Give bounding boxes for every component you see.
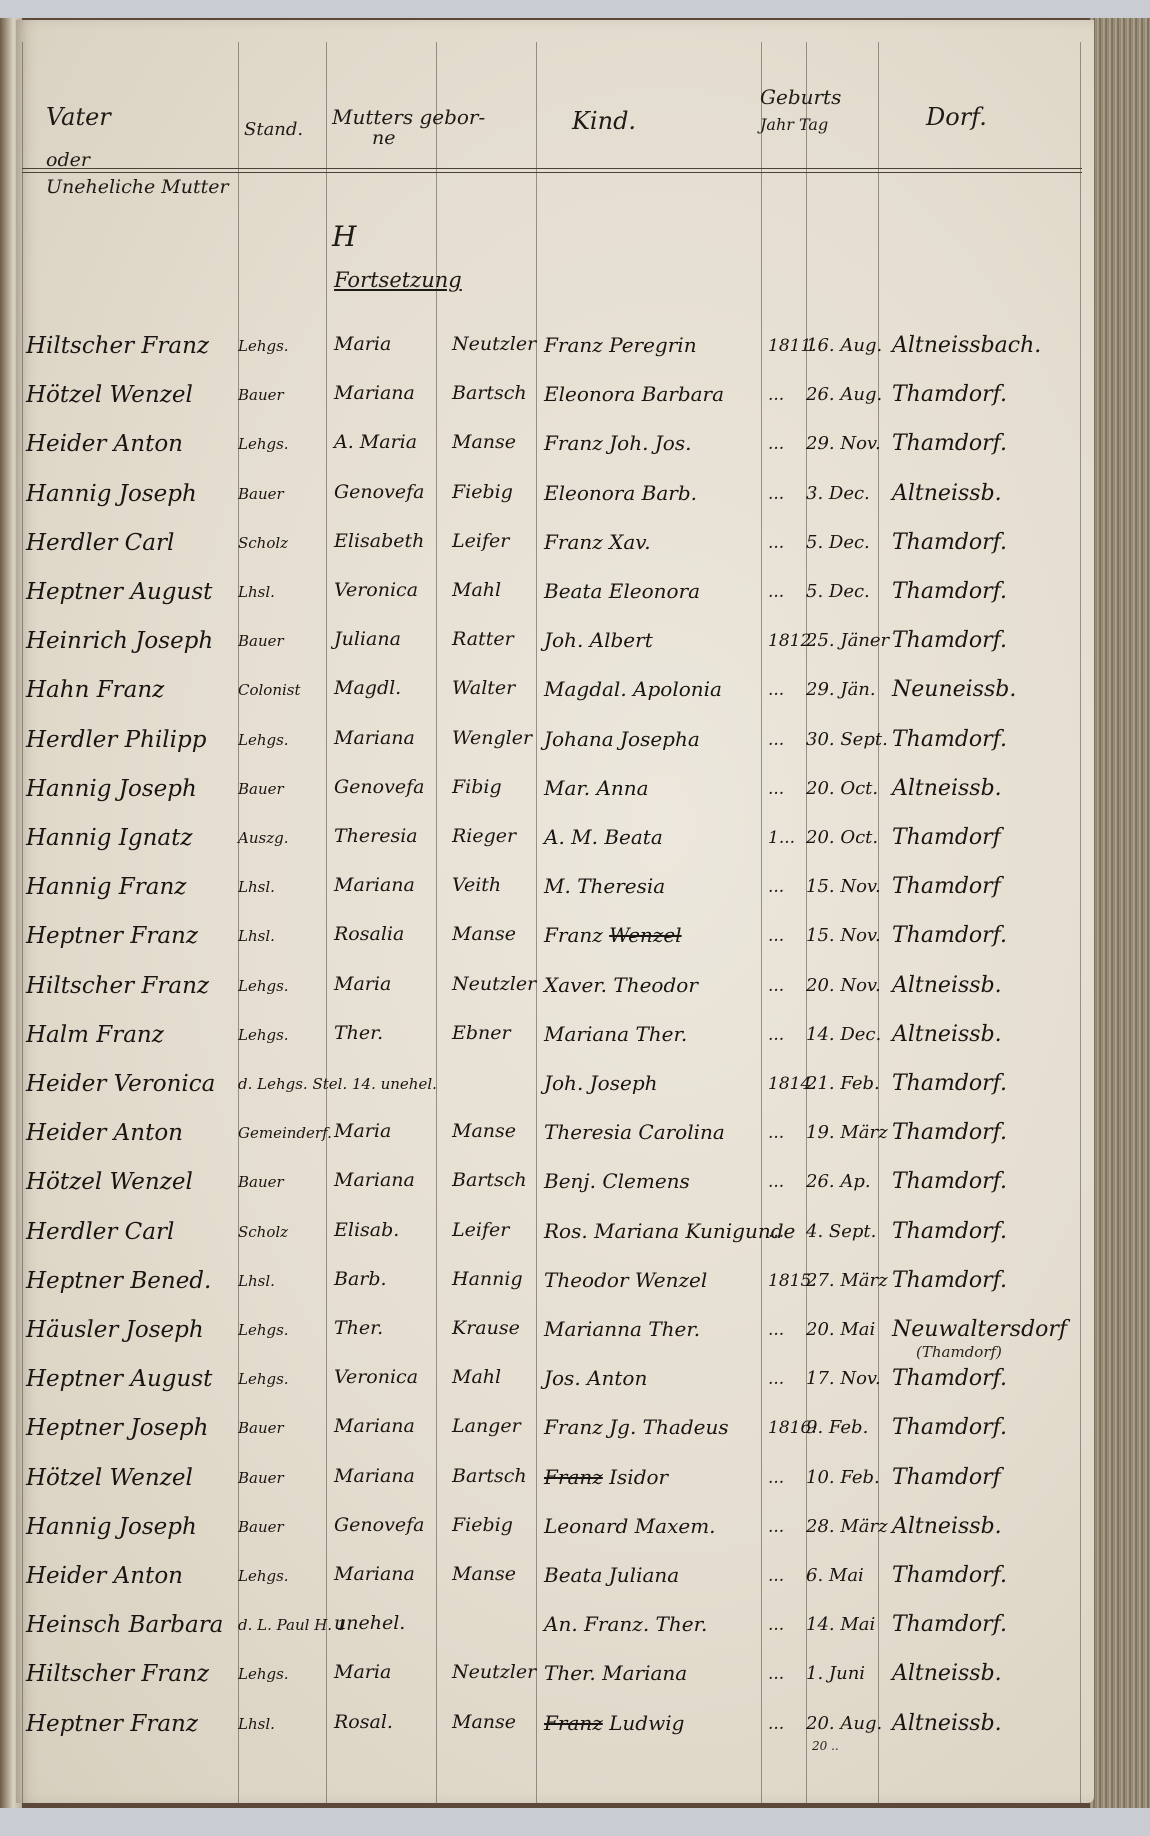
father-status: Lehgs. [238,435,289,453]
village-name: Thamdorf. [892,1415,1007,1440]
mother-maiden-name: Mahl [452,579,501,601]
struck-word: Franz [544,1711,603,1735]
register-row: Hötzel WenzelBauerMarianaBartschFranz Is… [16,1457,1094,1501]
birth-date: 20. Mai [806,1319,875,1340]
village-name: Altneissbach. [892,333,1041,358]
mother-maiden-name: Manse [452,1563,516,1585]
village-name: Altneissb. [892,481,1002,506]
birth-date: 25. Jäner [806,630,889,651]
child-name: Franz Jg. Thadeus [544,1415,729,1439]
mother-first-name: Barb. [334,1268,387,1290]
father-status: Bauer [238,1173,284,1191]
father-name: Heinrich Joseph [26,628,213,654]
child-name: Theodor Wenzel [544,1268,707,1292]
father-status: d. Lehgs. Stel. 14. unehel. [238,1075,437,1093]
mother-maiden-name: Manse [452,1711,516,1733]
father-name: Heptner Franz [26,1711,198,1737]
birth-date: 17. Nov. [806,1368,881,1389]
birth-date: 1. Juni [806,1663,865,1684]
mother-maiden-name: Neutzler [452,333,536,355]
father-status: Lehgs. [238,1370,289,1388]
child-name: Joh. Albert [544,628,653,652]
birth-year: ... [768,730,784,750]
register-row: Heinsch Barbarad. L. Paul H. 1.unehel.An… [16,1604,1094,1648]
mother-maiden-name: Fiebig [452,1514,513,1536]
village-name: Neuwaltersdorf [892,1317,1067,1342]
mother-maiden-name: Langer [452,1415,521,1437]
birth-year: ... [768,1172,784,1192]
mother-maiden-name: Veith [452,874,501,896]
mother-maiden-name: Manse [452,1120,516,1142]
register-row: Heptner AugustLhsl.VeronicaMahlBeata Ele… [16,571,1094,615]
child-name: Eleonora Barb. [544,481,697,505]
header-father-sub2: Uneheliche Mutter [46,177,229,198]
birth-year: 1... [768,828,795,848]
child-name: Johana Josepha [544,727,700,751]
father-status: Bauer [238,1518,284,1536]
mother-maiden-name: Neutzler [452,1661,536,1683]
birth-year: ... [768,877,784,897]
father-status: Lehgs. [238,1567,289,1585]
father-name: Heptner Joseph [26,1415,208,1441]
birth-year: ... [768,976,784,996]
mother-first-name: Genovefa [334,776,424,798]
birth-date: 29. Jän. [806,679,876,700]
register-row: Halm FranzLehgs.Ther.EbnerMariana Ther..… [16,1014,1094,1058]
header-birth: Geburts Jahr Tag [760,86,841,134]
header-birth-sub: Jahr Tag [760,116,841,134]
register-header: Vater oder Uneheliche Mutter Stand. Mutt… [16,20,1094,230]
mother-maiden-name: Fibig [452,776,502,798]
birth-date: 27. März [806,1270,888,1291]
child-name: Mar. Anna [544,776,649,800]
mother-maiden-name: Bartsch [452,1169,527,1191]
father-name: Hannig Joseph [26,1514,197,1540]
village-name: Altneissb. [892,1022,1002,1047]
mother-first-name: Ther. [334,1022,383,1044]
birth-date: 20. Nov. [806,975,881,996]
village-name: Thamdorf [892,1465,1001,1490]
village-name: Thamdorf. [892,579,1007,604]
birth-year: ... [768,533,784,553]
struck-word: Franz [544,1465,603,1489]
birth-date: 15. Nov. [806,925,881,946]
child-name: Eleonora Barbara [544,382,724,406]
father-status: Bauer [238,485,284,503]
mother-maiden-name: Bartsch [452,1465,527,1487]
birth-year: ... [768,1517,784,1537]
village-name: Thamdorf. [892,530,1007,555]
child-name: Theresia Carolina [544,1120,725,1144]
birth-date: 20. Oct. [806,827,878,848]
village-name: Neuneissb. [892,677,1016,702]
mother-first-name: Veronica [334,1366,418,1388]
mother-first-name: unehel. [334,1612,405,1634]
child-name: Beata Eleonora [544,579,700,603]
mother-maiden-name: Mahl [452,1366,501,1388]
register-row: Hannig IgnatzAuszg.TheresiaRiegerA. M. B… [16,817,1094,861]
register-row: Heptner Bened.Lhsl.Barb.HannigTheodor We… [16,1260,1094,1304]
father-status: Lehgs. [238,977,289,995]
father-status: Bauer [238,1419,284,1437]
mother-maiden-name: Krause [452,1317,520,1339]
village-name: Thamdorf. [892,431,1007,456]
father-name: Hahn Franz [26,677,164,703]
register-row: Hannig JosephBauerGenovefaFibigMar. Anna… [16,768,1094,812]
father-name: Hannig Joseph [26,481,197,507]
child-name: A. M. Beata [544,825,663,849]
struck-word: Wenzel [609,923,681,947]
father-status: Lhsl. [238,878,275,896]
father-name: Herdler Carl [26,530,174,556]
child-name: Jos. Anton [544,1366,647,1390]
header-child: Kind. [572,108,636,134]
mother-first-name: Mariana [334,1465,415,1487]
village-name: Thamdorf [892,874,1001,899]
register-row: Herdler PhilippLehgs.MarianaWenglerJohan… [16,719,1094,763]
father-name: Hötzel Wenzel [26,1465,193,1491]
birth-year: ... [768,1468,784,1488]
birth-date: 16. Aug. [806,335,882,356]
mother-first-name: Veronica [334,579,418,601]
village-name: Thamdorf. [892,1120,1007,1145]
father-status: Scholz [238,1223,288,1241]
birth-date: 26. Aug. [806,384,882,405]
child-name: Franz Joh. Jos. [544,431,691,455]
father-name: Hiltscher Franz [26,333,209,359]
father-name: Heider Veronica [26,1071,215,1097]
child-name: Leonard Maxem. [544,1514,716,1538]
father-name: Hannig Franz [26,874,186,900]
register-row: Hiltscher FranzLehgs.MariaNeutzlerTher. … [16,1653,1094,1697]
birth-date: 20. Oct. [806,778,878,799]
header-village: Dorf. [926,104,987,130]
mother-first-name: Rosal. [334,1711,393,1733]
mother-first-name: Elisab. [334,1219,399,1241]
village-name: Thamdorf. [892,382,1007,407]
mother-first-name: Magdl. [334,677,401,699]
village-name: Thamdorf. [892,1169,1007,1194]
child-name: Xaver. Theodor [544,973,698,997]
village-name: Thamdorf [892,825,1001,850]
mother-maiden-name: Walter [452,677,515,699]
child-name: Mariana Ther. [544,1022,687,1046]
register-row: Hahn FranzColonistMagdl.WalterMagdal. Ap… [16,669,1094,713]
register-row: Heptner JosephBauerMarianaLangerFranz Jg… [16,1407,1094,1451]
child-name: Ros. Mariana Kunigunde [544,1219,795,1243]
birth-year: ... [768,385,784,405]
village-name: Thamdorf. [892,1563,1007,1588]
date-note: 20 .. [812,1739,839,1753]
father-name: Heptner August [26,1366,212,1392]
mother-first-name: Mariana [334,1415,415,1437]
father-status: Bauer [238,632,284,650]
father-name: Hannig Ignatz [26,825,192,851]
father-name: Hötzel Wenzel [26,1169,193,1195]
header-father-label: Vater [46,103,111,131]
child-name: Benj. Clemens [544,1169,690,1193]
child-name: Ther. Mariana [544,1661,687,1685]
child-name: Franz Wenzel [544,923,682,947]
header-mother-sub: ne [372,128,485,149]
register-row: Hannig JosephBauerGenovefaFiebigLeonard … [16,1506,1094,1550]
mother-first-name: Maria [334,333,391,355]
father-name: Heider Anton [26,1120,183,1146]
mother-first-name: Rosalia [334,923,404,945]
mother-maiden-name: Ratter [452,628,514,650]
header-birth-label: Geburts [760,85,841,109]
child-name: An. Franz. Ther. [544,1612,707,1636]
birth-year: ... [768,1566,784,1586]
father-name: Hiltscher Franz [26,1661,209,1687]
father-status: Lhsl. [238,1715,275,1733]
book: Vater oder Uneheliche Mutter Stand. Mutt… [0,18,1150,1808]
header-mother-label: Mutters gebor- [332,105,485,129]
register-row: Heptner AugustLehgs.VeronicaMahlJos. Ant… [16,1358,1094,1402]
register-row: Heinrich JosephBauerJulianaRatterJoh. Al… [16,620,1094,664]
birth-year: ... [768,1320,784,1340]
birth-year: ... [768,926,784,946]
village-name: Thamdorf. [892,1268,1007,1293]
section-letter: H [332,220,356,253]
father-status: Bauer [238,1469,284,1487]
father-name: Hannig Joseph [26,776,197,802]
birth-date: 29. Nov. [806,433,881,454]
father-name: Heider Anton [26,1563,183,1589]
header-status: Stand. [244,120,303,140]
birth-year: ... [768,1369,784,1389]
child-name: Magdal. Apolonia [544,677,722,701]
birth-date: 26. Ap. [806,1171,871,1192]
village-name: Altneissb. [892,973,1002,998]
mother-first-name: Juliana [334,628,401,650]
mother-first-name: Maria [334,1661,391,1683]
father-status: Bauer [238,780,284,798]
father-status: Colonist [238,681,301,699]
mother-first-name: Maria [334,973,391,995]
mother-maiden-name: Hannig [452,1268,523,1290]
mother-first-name: Genovefa [334,481,424,503]
village-name: Altneissb. [892,1711,1002,1736]
register-row: Hiltscher FranzLehgs.MariaNeutzlerFranz … [16,325,1094,369]
birth-date: 30. Sept. [806,729,888,750]
mother-maiden-name: Fiebig [452,481,513,503]
father-status: Bauer [238,386,284,404]
mother-maiden-name: Leifer [452,530,509,552]
village-name: Altneissb. [892,776,1002,801]
register-row: Hiltscher FranzLehgs.MariaNeutzlerXaver.… [16,965,1094,1009]
birth-year: ... [768,680,784,700]
mother-maiden-name: Wengler [452,727,532,749]
header-father: Vater oder Uneheliche Mutter [46,104,229,198]
register-row: Heider AntonGemeinderf.MariaManseTheresi… [16,1112,1094,1156]
birth-year: ... [768,1615,784,1635]
village-name: Altneissb. [892,1514,1002,1539]
child-name: Marianna Ther. [544,1317,700,1341]
mother-first-name: Ther. [334,1317,383,1339]
register-row: Heptner FranzLhsl.RosaliaManseFranz Wenz… [16,915,1094,959]
register-row: Hötzel WenzelBauerMarianaBartschBenj. Cl… [16,1161,1094,1205]
register-row: Heider Veronicad. Lehgs. Stel. 14. unehe… [16,1063,1094,1107]
birth-date: 14. Dec. [806,1024,881,1045]
father-status: Auszg. [238,829,288,847]
birth-date: 5. Dec. [806,532,870,553]
register-row: Heptner FranzLhsl.Rosal.ManseFranz Ludwi… [16,1703,1094,1747]
father-status: Lehgs. [238,1665,289,1683]
register-row: Hannig FranzLhsl.MarianaVeithM. Theresia… [16,866,1094,910]
register-row: Heider AntonLehgs.MarianaManseBeata Juli… [16,1555,1094,1599]
birth-date: 3. Dec. [806,483,870,504]
mother-first-name: Mariana [334,382,415,404]
mother-maiden-name: Leifer [452,1219,509,1241]
mother-first-name: A. Maria [334,431,417,453]
father-status: Lehgs. [238,1321,289,1339]
father-name: Heptner Franz [26,923,198,949]
mother-maiden-name: Manse [452,923,516,945]
page-edges [1090,18,1150,1808]
birth-year: ... [768,1025,784,1045]
mother-maiden-name: Ebner [452,1022,511,1044]
father-name: Heptner August [26,579,212,605]
father-status: Lehgs. [238,731,289,749]
father-name: Hiltscher Franz [26,973,209,999]
mother-first-name: Mariana [334,727,415,749]
section-title: Fortsetzung [334,268,462,292]
father-status: Lhsl. [238,1272,275,1290]
birth-date: 19. März [806,1122,888,1143]
birth-date: 5. Dec. [806,581,870,602]
mother-first-name: Maria [334,1120,391,1142]
mother-first-name: Theresia [334,825,418,847]
child-name: Franz Ludwig [544,1711,684,1735]
mother-maiden-name: Neutzler [452,973,536,995]
mother-first-name: Elisabeth [334,530,424,552]
register-row: Häusler JosephLehgs.Ther.KrauseMarianna … [16,1309,1094,1353]
village-name: Thamdorf. [892,628,1007,653]
register-row: Herdler CarlScholzElisab.LeiferRos. Mari… [16,1211,1094,1255]
father-status: Lehgs. [238,337,289,355]
child-name: M. Theresia [544,874,665,898]
mother-maiden-name: Bartsch [452,382,527,404]
register-row: Heider AntonLehgs.A. MariaManseFranz Joh… [16,423,1094,467]
birth-year: ... [768,484,784,504]
birth-date: 9. Feb. [806,1417,868,1438]
mother-first-name: Genovefa [334,1514,424,1536]
father-name: Häusler Joseph [26,1317,204,1343]
birth-date: 4. Sept. [806,1221,876,1242]
child-name: Franz Isidor [544,1465,668,1489]
father-name: Heptner Bened. [26,1268,211,1294]
register-row: Herdler CarlScholzElisabethLeiferFranz X… [16,522,1094,566]
header-father-sub: oder [46,150,229,171]
father-name: Herdler Philipp [26,727,206,753]
father-status: Gemeinderf. [238,1124,332,1142]
child-name: Joh. Joseph [544,1071,658,1095]
birth-date: 28. März [806,1516,888,1537]
village-name: Thamdorf. [892,923,1007,948]
mother-first-name: Mariana [334,1169,415,1191]
birth-year: ... [768,779,784,799]
father-name: Hötzel Wenzel [26,382,193,408]
village-name: Altneissb. [892,1661,1002,1686]
child-name: Franz Xav. [544,530,651,554]
father-name: Heider Anton [26,431,183,457]
father-status: Lhsl. [238,927,275,945]
birth-year: ... [768,434,784,454]
birth-date: 21. Feb. [806,1073,880,1094]
village-name: Thamdorf. [892,1612,1007,1637]
birth-year: ... [768,1664,784,1684]
mother-maiden-name: Manse [452,431,516,453]
birth-year: ... [768,1222,784,1242]
register-row: Hötzel WenzelBauerMarianaBartschEleonora… [16,374,1094,418]
register-row: Hannig JosephBauerGenovefaFiebigEleonora… [16,473,1094,517]
father-name: Halm Franz [26,1022,164,1048]
header-mother: Mutters gebor- ne [332,106,485,149]
birth-date: 14. Mai [806,1614,875,1635]
father-name: Heinsch Barbara [26,1612,223,1638]
father-status: Lehgs. [238,1026,289,1044]
village-name: Thamdorf. [892,1366,1007,1391]
register-page: Vater oder Uneheliche Mutter Stand. Mutt… [16,20,1094,1803]
mother-first-name: Mariana [334,874,415,896]
birth-year: ... [768,582,784,602]
father-status: Lhsl. [238,583,275,601]
mother-first-name: Mariana [334,1563,415,1585]
father-name: Herdler Carl [26,1219,174,1245]
mother-maiden-name: Rieger [452,825,516,847]
birth-date: 10. Feb. [806,1467,880,1488]
father-status: Scholz [238,534,288,552]
birth-year: ... [768,1123,784,1143]
village-name: Thamdorf. [892,1219,1007,1244]
birth-date: 20. Aug. [806,1713,882,1734]
birth-date: 6. Mai [806,1565,864,1586]
child-name: Beata Juliana [544,1563,679,1587]
child-name: Franz Peregrin [544,333,697,357]
village-name: Thamdorf. [892,1071,1007,1096]
birth-date: 15. Nov. [806,876,881,897]
birth-year: ... [768,1714,784,1734]
village-name: Thamdorf. [892,727,1007,752]
